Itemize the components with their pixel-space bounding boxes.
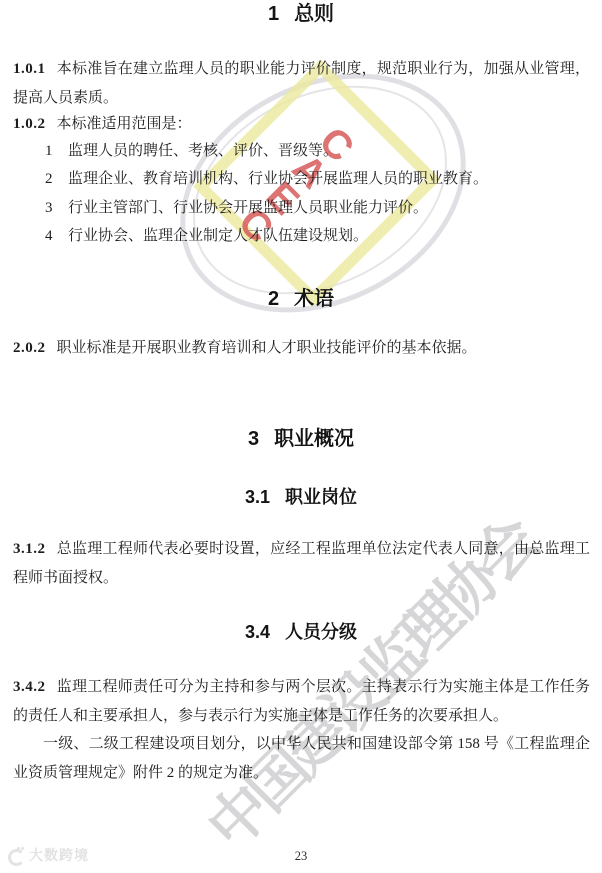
clause-number: 1.0.1	[13, 61, 46, 77]
section-3-4-heading: 3.4人员分级	[0, 621, 602, 643]
section-1-number: 1	[268, 3, 279, 25]
clause-text: 监理工程师责任可分为主持和参与两个层次。主持表示行为实施主体是工作任务的责任人和…	[13, 679, 590, 724]
list-item-number: 3	[45, 194, 59, 222]
list-item-number: 2	[45, 165, 59, 193]
section-3-4-title: 人员分级	[285, 622, 357, 642]
list-item-number: 4	[45, 222, 59, 250]
list-item: 2 监理企业、教育培训机构、行业协会开展监理人员的职业教育。	[45, 165, 590, 193]
scope-list: 1 监理人员的聘任、考核、评价、晋级等。 2 监理企业、教育培训机构、行业协会开…	[45, 137, 590, 251]
page-number: 23	[0, 849, 602, 864]
list-item-text: 行业主管部门、行业协会开展监理人员职业能力评价。	[68, 194, 428, 222]
list-item: 1 监理人员的聘任、考核、评价、晋级等。	[45, 137, 590, 165]
section-3-heading: 3职业概况	[0, 427, 602, 451]
section-1-heading: 1总则	[0, 2, 602, 26]
section-3-1-heading: 3.1职业岗位	[0, 486, 602, 508]
list-item-text: 行业协会、监理企业制定人才队伍建设规划。	[68, 222, 368, 250]
clause-text: 本标准旨在建立监理人员的职业能力评价制度，规范职业行为，加强从业管理，提高人员素…	[13, 61, 590, 106]
clause-3-4-2-continuation: 一级、二级工程建设项目划分，以中华人民共和国建设部令第 158 号《工程监理企业…	[13, 730, 590, 787]
list-item: 4 行业协会、监理企业制定人才队伍建设规划。	[45, 222, 590, 250]
section-3-number: 3	[248, 428, 259, 450]
clause-1-0-1: 1.0.1本标准旨在建立监理人员的职业能力评价制度，规范职业行为，加强从业管理，…	[13, 55, 590, 112]
clause-text: 总监理工程师代表必要时设置，应经工程监理单位法定代表人同意，由总监理工程师书面授…	[13, 541, 590, 586]
clause-3-4-2: 3.4.2监理工程师责任可分为主持和参与两个层次。主持表示行为实施主体是工作任务…	[13, 673, 590, 730]
clause-number: 3.1.2	[13, 541, 46, 557]
clause-3-4-2-block: 3.4.2监理工程师责任可分为主持和参与两个层次。主持表示行为实施主体是工作任务…	[13, 673, 590, 787]
clause-number: 2.0.2	[13, 340, 46, 356]
section-2-title: 术语	[294, 288, 334, 310]
list-item-text: 监理人员的聘任、考核、评价、晋级等。	[68, 137, 338, 165]
clause-text: 职业标准是开展职业教育培训和人才职业技能评价的基本依据。	[57, 340, 477, 356]
section-3-1-number: 3.1	[245, 487, 270, 507]
clause-2-0-2: 2.0.2职业标准是开展职业教育培训和人才职业技能评价的基本依据。	[13, 334, 590, 363]
list-item: 3 行业主管部门、行业协会开展监理人员职业能力评价。	[45, 194, 590, 222]
section-3-4-number: 3.4	[245, 622, 270, 642]
clause-text: 一级、二级工程建设项目划分，以中华人民共和国建设部令第 158 号《工程监理企业…	[13, 736, 590, 781]
clause-text: 本标准适用范围是：	[57, 116, 192, 132]
list-item-text: 监理企业、教育培训机构、行业协会开展监理人员的职业教育。	[68, 165, 488, 193]
section-2-heading: 2术语	[0, 287, 602, 311]
section-3-title: 职业概况	[274, 428, 354, 450]
clause-3-1-2: 3.1.2总监理工程师代表必要时设置，应经工程监理单位法定代表人同意，由总监理工…	[13, 535, 590, 592]
section-3-1-title: 职业岗位	[285, 487, 357, 507]
section-1-title: 总则	[294, 3, 334, 25]
section-2-number: 2	[268, 288, 279, 310]
document-content: 1总则 1.0.1本标准旨在建立监理人员的职业能力评价制度，规范职业行为，加强从…	[0, 0, 602, 873]
clause-number: 1.0.2	[13, 116, 46, 132]
list-item-number: 1	[45, 137, 59, 165]
clause-1-0-2: 1.0.2本标准适用范围是：	[13, 110, 590, 139]
document-page: C A E C 中国建设监理协会 大数跨境 1总则 1.0.1本标准旨在建立监理…	[0, 0, 602, 873]
clause-number: 3.4.2	[13, 679, 46, 695]
